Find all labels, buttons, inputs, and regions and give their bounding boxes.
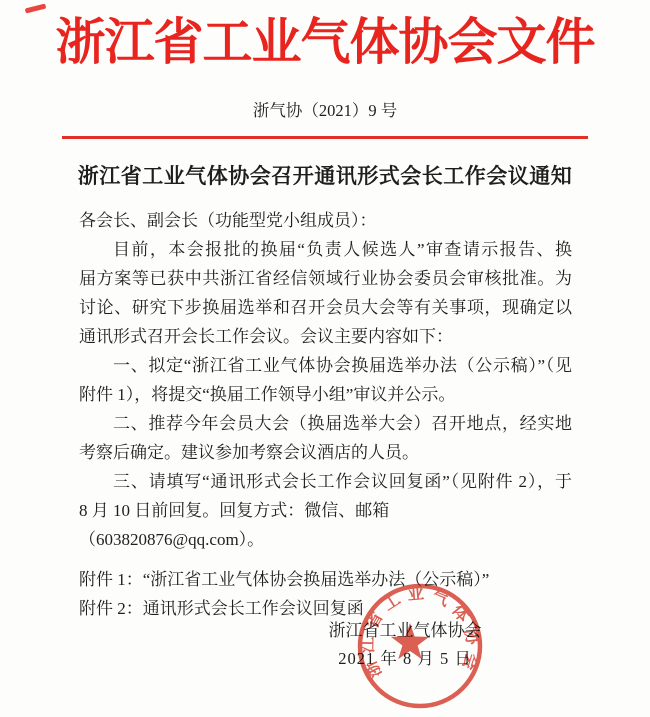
document-header-title: 浙江省工业气体协会文件 (0, 13, 650, 71)
signature-block: 浙江省工业气体协会 2021 年 8 月 5 日 (265, 617, 545, 673)
body-line: 考察后确定。建议参加考察会议酒店的人员。 (79, 438, 572, 467)
body-line: 附件 1），将提交“换届工作领导小组”审议并公示。 (79, 380, 572, 409)
body-line: 三、请填写“通讯形式会长工作会议回复函”（见附件 2），于 (79, 467, 572, 496)
body-line: 各会长、副会长（功能型党小组成员）： (79, 206, 572, 235)
attachment-list: 附件 1：“浙江省工业气体协会换届选举办法（公示稿）” 附件 2：通讯形式会长工… (79, 565, 572, 623)
body-line: 8 月 10 日前回复。回复方式：微信、邮箱（603820876@qq.com）… (79, 496, 572, 554)
document-number: 浙气协（2021）9 号 (0, 100, 650, 122)
signature-org: 浙江省工业气体协会 (265, 617, 545, 645)
body-line: 二、推荐今年会员大会（换届选举大会）召开地点，经实地 (79, 409, 572, 438)
document-page: 浙江省工业气体协会文件 浙气协（2021）9 号 浙江省工业气体协会召开通讯形式… (0, 0, 650, 717)
notice-body: 各会长、副会长（功能型党小组成员）： 目前，本会报批的换届“负责人候选人”审查请… (79, 206, 572, 623)
body-line: 届方案等已获中共浙江省经信领域行业协会委员会审核批准。为 (79, 264, 572, 293)
red-separator-line (62, 136, 588, 139)
notice-title: 浙江省工业气体协会召开通讯形式会长工作会议通知 (0, 162, 650, 190)
red-ink-mark (25, 4, 47, 14)
attachment-line: 附件 1：“浙江省工业气体协会换届选举办法（公示稿）” (79, 565, 572, 594)
body-line: 通讯形式召开会长工作会议。会议主要内容如下： (79, 322, 572, 351)
body-line: 讨论、研究下步换届选举和召开会员大会等有关事项，现确定以 (79, 293, 572, 322)
signature-date: 2021 年 8 月 5 日 (265, 645, 545, 673)
body-line: 目前，本会报批的换届“负责人候选人”审查请示报告、换 (79, 235, 572, 264)
body-line: 一、拟定“浙江省工业气体协会换届选举办法（公示稿）”（见 (79, 351, 572, 380)
